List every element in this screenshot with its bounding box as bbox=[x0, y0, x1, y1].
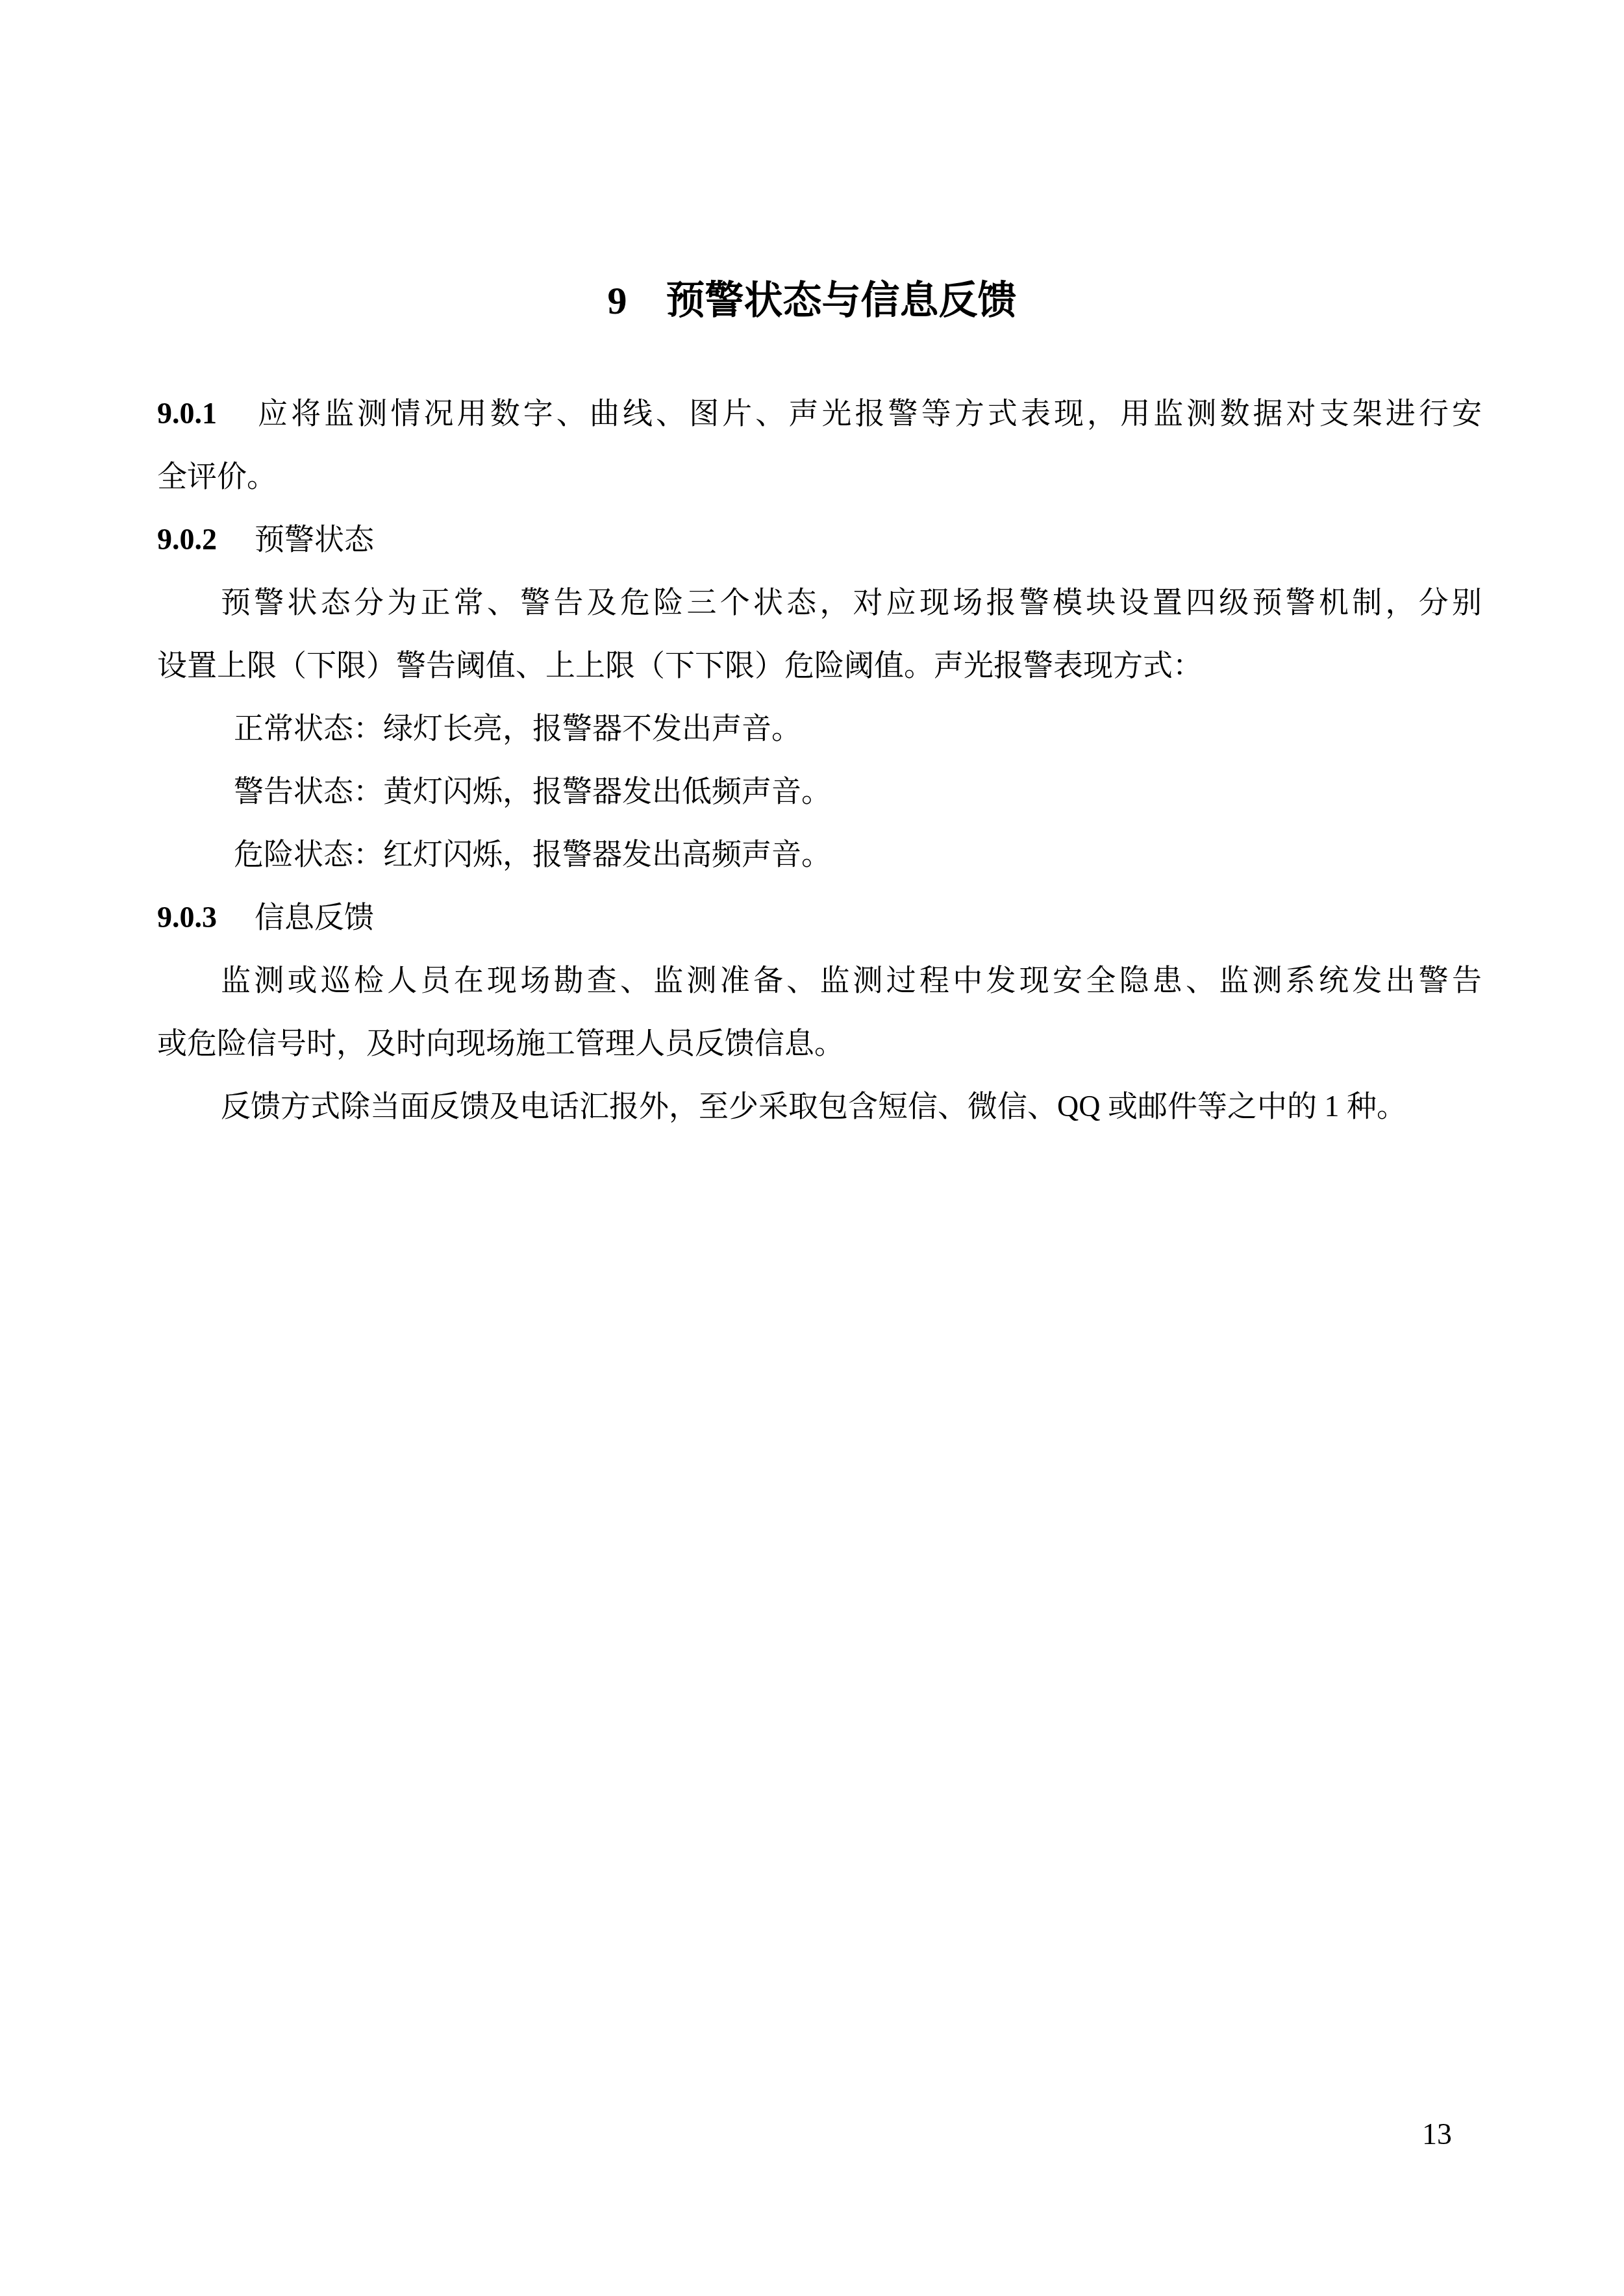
clause-heading: 信息反馈 bbox=[255, 901, 374, 934]
paragraph-line: 监测或巡检人员在现场勘查、监测准备、监测过程中发现安全隐患、监测系统发出警告 bbox=[157, 949, 1482, 1012]
clause-heading: 预警状态 bbox=[255, 523, 374, 556]
paragraph-line: 或危险信号时，及时向现场施工管理人员反馈信息。 bbox=[157, 1012, 1482, 1075]
clause-number: 9.0.2 bbox=[157, 508, 255, 571]
page-number: 13 bbox=[1422, 2118, 1452, 2151]
paragraph-line: 反馈方式除当面反馈及电话汇报外，至少采取包含短信、微信、QQ 或邮件等之中的 1… bbox=[157, 1075, 1482, 1138]
state-danger: 危险状态：红灯闪烁，报警器发出高频声音。 bbox=[157, 823, 1482, 886]
state-label: 警告状态： bbox=[234, 775, 383, 808]
clause-text: 应将监测情况用数字、曲线、图片、声光报警等方式表现，用监测数据对支架进行安 bbox=[255, 397, 1482, 430]
paragraph-line: 预警状态分为正常、警告及危险三个状态，对应现场报警模块设置四级预警机制，分别 bbox=[157, 571, 1482, 634]
chapter-title-text: 预警状态与信息反馈 bbox=[666, 279, 1017, 322]
body-content: 9.0.1应将监测情况用数字、曲线、图片、声光报警等方式表现，用监测数据对支架进… bbox=[157, 382, 1482, 1138]
paragraph-text: 设置上限（下限）警告阈值、上上限（下下限）危险阈值。声光报警表现方式： bbox=[157, 649, 1203, 682]
clause-number: 9.0.3 bbox=[157, 886, 255, 949]
clause-9-0-1-line-1: 9.0.1应将监测情况用数字、曲线、图片、声光报警等方式表现，用监测数据对支架进… bbox=[157, 382, 1482, 445]
paragraph-line: 设置上限（下限）警告阈值、上上限（下下限）危险阈值。声光报警表现方式： bbox=[157, 634, 1482, 697]
state-label: 正常状态： bbox=[234, 712, 383, 745]
state-description: 红灯闪烁，报警器发出高频声音。 bbox=[383, 838, 831, 871]
chapter-title: 9预警状态与信息反馈 bbox=[0, 278, 1624, 323]
clause-9-0-2-heading: 9.0.2预警状态 bbox=[157, 508, 1482, 571]
state-description: 绿灯长亮，报警器不发出声音。 bbox=[383, 712, 801, 745]
paragraph-text: 或危险信号时，及时向现场施工管理人员反馈信息。 bbox=[157, 1027, 844, 1060]
paragraph-text: 预警状态分为正常、警告及危险三个状态，对应现场报警模块设置四级预警机制，分别 bbox=[221, 586, 1482, 619]
state-description: 黄灯闪烁，报警器发出低频声音。 bbox=[383, 775, 831, 808]
clause-9-0-1-line-2: 全评价。 bbox=[157, 445, 1482, 508]
state-label: 危险状态： bbox=[234, 838, 383, 871]
clause-number: 9.0.1 bbox=[157, 382, 255, 445]
paragraph-text: 反馈方式除当面反馈及电话汇报外，至少采取包含短信、微信、QQ 或邮件等之中的 1… bbox=[221, 1090, 1406, 1123]
state-normal: 正常状态：绿灯长亮，报警器不发出声音。 bbox=[157, 697, 1482, 760]
chapter-number: 9 bbox=[608, 278, 627, 323]
paragraph-text: 监测或巡检人员在现场勘查、监测准备、监测过程中发现安全隐患、监测系统发出警告 bbox=[221, 964, 1482, 997]
clause-9-0-3-heading: 9.0.3信息反馈 bbox=[157, 886, 1482, 949]
clause-text: 全评价。 bbox=[157, 460, 277, 493]
state-warning: 警告状态：黄灯闪烁，报警器发出低频声音。 bbox=[157, 760, 1482, 823]
document-page: 9预警状态与信息反馈 9.0.1应将监测情况用数字、曲线、图片、声光报警等方式表… bbox=[0, 0, 1624, 2296]
